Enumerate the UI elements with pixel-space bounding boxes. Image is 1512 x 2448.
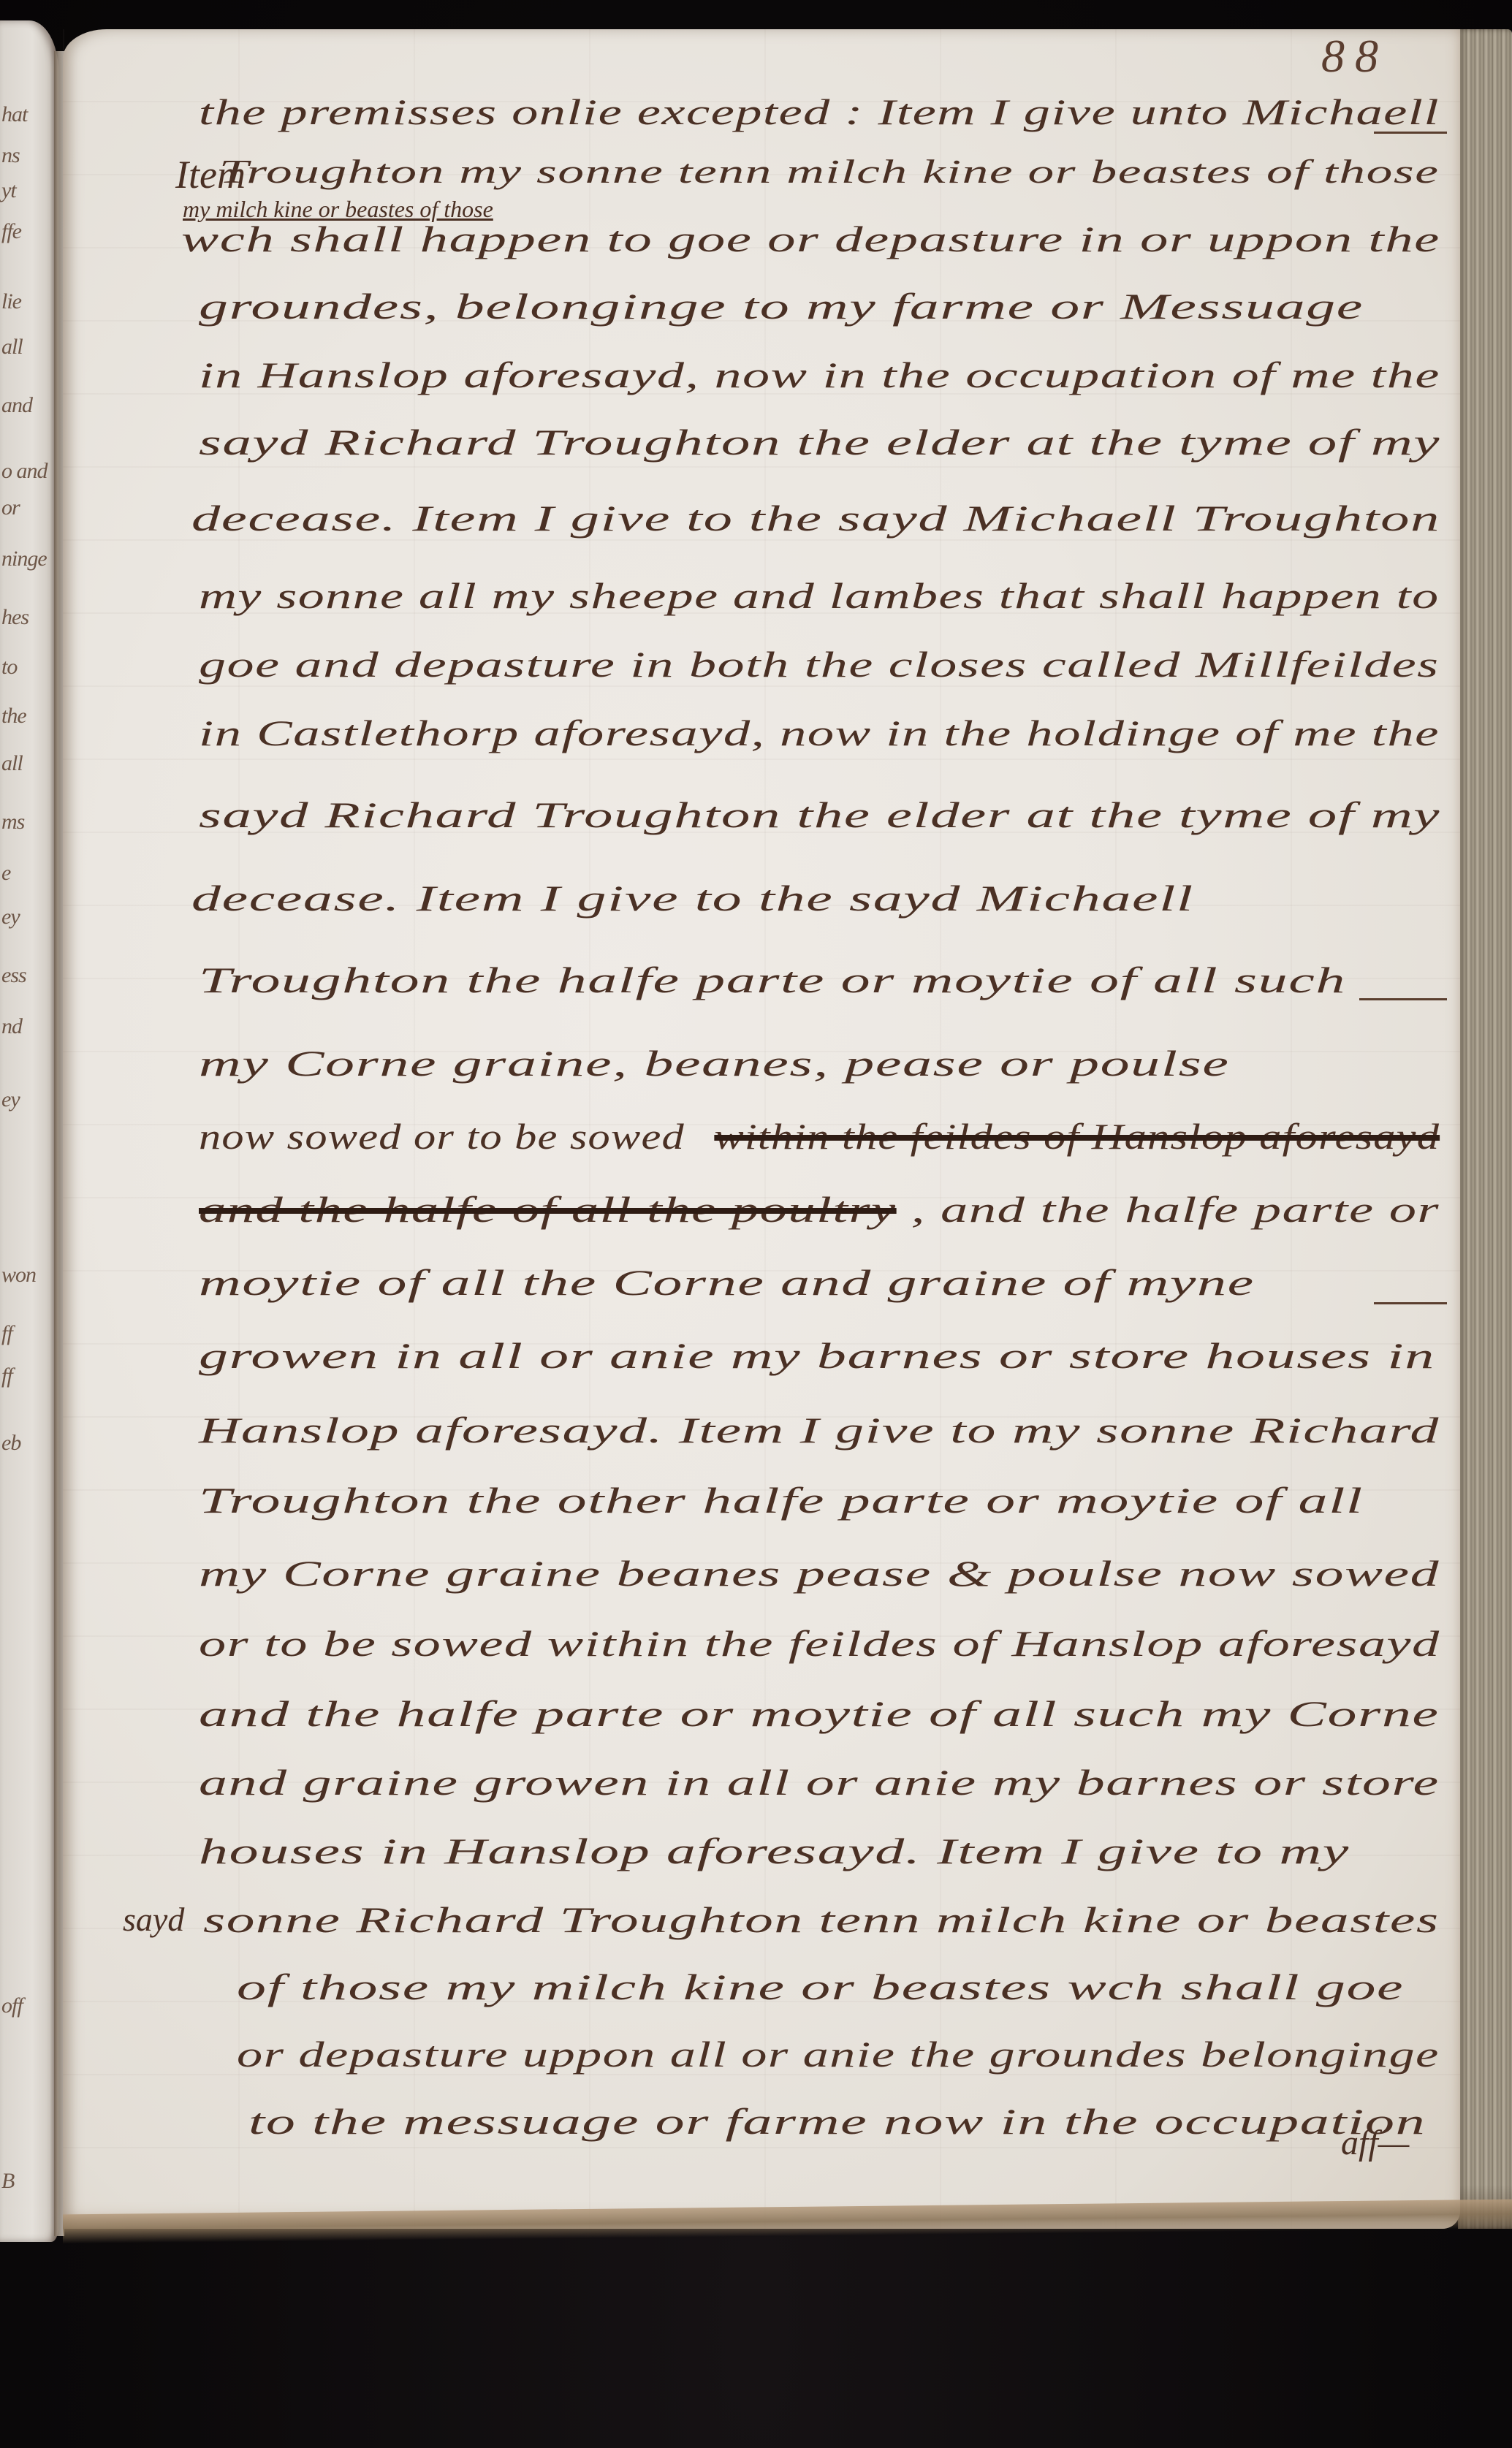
left-page-text: ninge [1,547,47,571]
left-page-text: lie [1,289,21,314]
manuscript-line-8: my sonne all my sheepe and lambes that s… [199,574,1440,617]
manuscript-line-18: growen in all or anie my barnes or store… [199,1334,1435,1377]
struck-text: within the feildes of Hanslop aforesayd [714,1116,1440,1157]
left-page-text: all [1,335,23,360]
line-end-flourish [1374,1302,1447,1304]
left-page-text: ess [1,963,26,988]
left-page-text: e [1,861,10,886]
left-page-text: hes [1,605,29,630]
line-end-flourish [1359,998,1447,1000]
manuscript-line-14: my Corne graine, beanes, pease or poulse [199,1042,1229,1084]
page-edge-stack [1458,29,1512,2229]
manuscript-line-11: sayd Richard Troughton the elder at the … [199,794,1440,836]
manuscript-line-7: decease. Item I give to the sayd Michael… [191,497,1440,539]
left-page-text: ffe [1,219,21,244]
manuscript-line-24: and graine growen in all or anie my barn… [199,1761,1440,1803]
manuscript-line-26: sonne Richard Troughton tenn milch kine … [203,1898,1440,1941]
manuscript-line-2: Troughton my sonne tenn milch kine or be… [219,152,1439,191]
manuscript-line-5: in Hanslop aforesayd, now in the occupat… [199,354,1440,396]
manuscript-line-6: sayd Richard Troughton the elder at the … [199,421,1440,463]
line-end-flourish [1374,132,1447,134]
manuscript-line-19: Hanslop aforesayd. Item I give to my son… [199,1409,1440,1451]
left-page-text: ey [1,905,20,930]
left-page-text: ey [1,1087,20,1112]
left-page-text: o and [1,459,48,484]
manuscript-line-17: moytie of all the Corne and graine of my… [199,1261,1255,1304]
facing-page-left: hat ns yt ffe lie all and o and or ninge… [0,20,58,2242]
left-page-text: or [1,495,20,520]
left-page-text: eb [1,1431,20,1456]
left-page-text: ns [1,143,20,168]
margin-word-sayd: sayd [123,1900,184,1939]
struck-text: and the halfe of all the poultry [199,1189,897,1230]
manuscript-line-29: to the messuage or farme now in the occu… [248,2100,1426,2143]
manuscript-line-25: houses in Hanslop aforesayd. Item I give… [199,1830,1350,1872]
manuscript-line-15: now sowed or to be sowed within the feil… [199,1115,1440,1158]
manuscript-line-21: my Corne graine beanes pease & poulse no… [199,1552,1440,1594]
manuscript-line-9: goe and depasture in both the closes cal… [199,643,1439,685]
manuscript-line-4: groundes, belonginge to my farme or Mess… [199,285,1364,327]
manuscript-line-16: and the halfe of all the poultry , and t… [199,1188,1440,1231]
left-page-text: the [1,704,26,729]
left-page-text: ms [1,810,24,835]
manuscript-line-3: wch shall happen to goe or depasture in … [181,218,1440,260]
manuscript-line-27: of those my milch kine or beastes wch sh… [237,1966,1404,2008]
left-page-text: yt [1,178,16,203]
catchword: aff— [1341,2123,1409,2163]
left-page-text: ff [1,1364,12,1388]
manuscript-line-12: decease. Item I give to the sayd Michael… [191,877,1194,919]
manuscript-line-28: or depasture uppon all or anie the groun… [237,2033,1440,2075]
manuscript-line-1: the premisses onlie excepted : Item I gi… [199,91,1440,133]
left-page-text: nd [1,1014,22,1039]
manuscript-line-20: Troughton the other halfe parte or moyti… [199,1479,1364,1521]
left-page-text: and [1,393,32,418]
left-page-text: won [1,1263,36,1288]
manuscript-line-23: and the halfe parte or moytie of all suc… [199,1692,1440,1735]
left-page-text: ff [1,1321,12,1346]
line-16-text: , and the halfe parte or [911,1189,1440,1230]
left-page-text: B [1,2169,14,2194]
line-15-text: now sowed or to be sowed [199,1116,685,1157]
left-page-text: hat [1,102,27,127]
left-page-text: all [1,751,23,776]
left-page-text: to [1,655,17,680]
folio-number: 88 [1321,29,1388,83]
left-page-text: off [1,1993,23,2018]
manuscript-line-10: in Castlethorp aforesayd, now in the hol… [199,712,1440,754]
manuscript-line-13: Troughton the halfe parte or moytie of a… [199,959,1346,1001]
manuscript-line-22: or to be sowed within the feildes of Han… [199,1622,1440,1665]
